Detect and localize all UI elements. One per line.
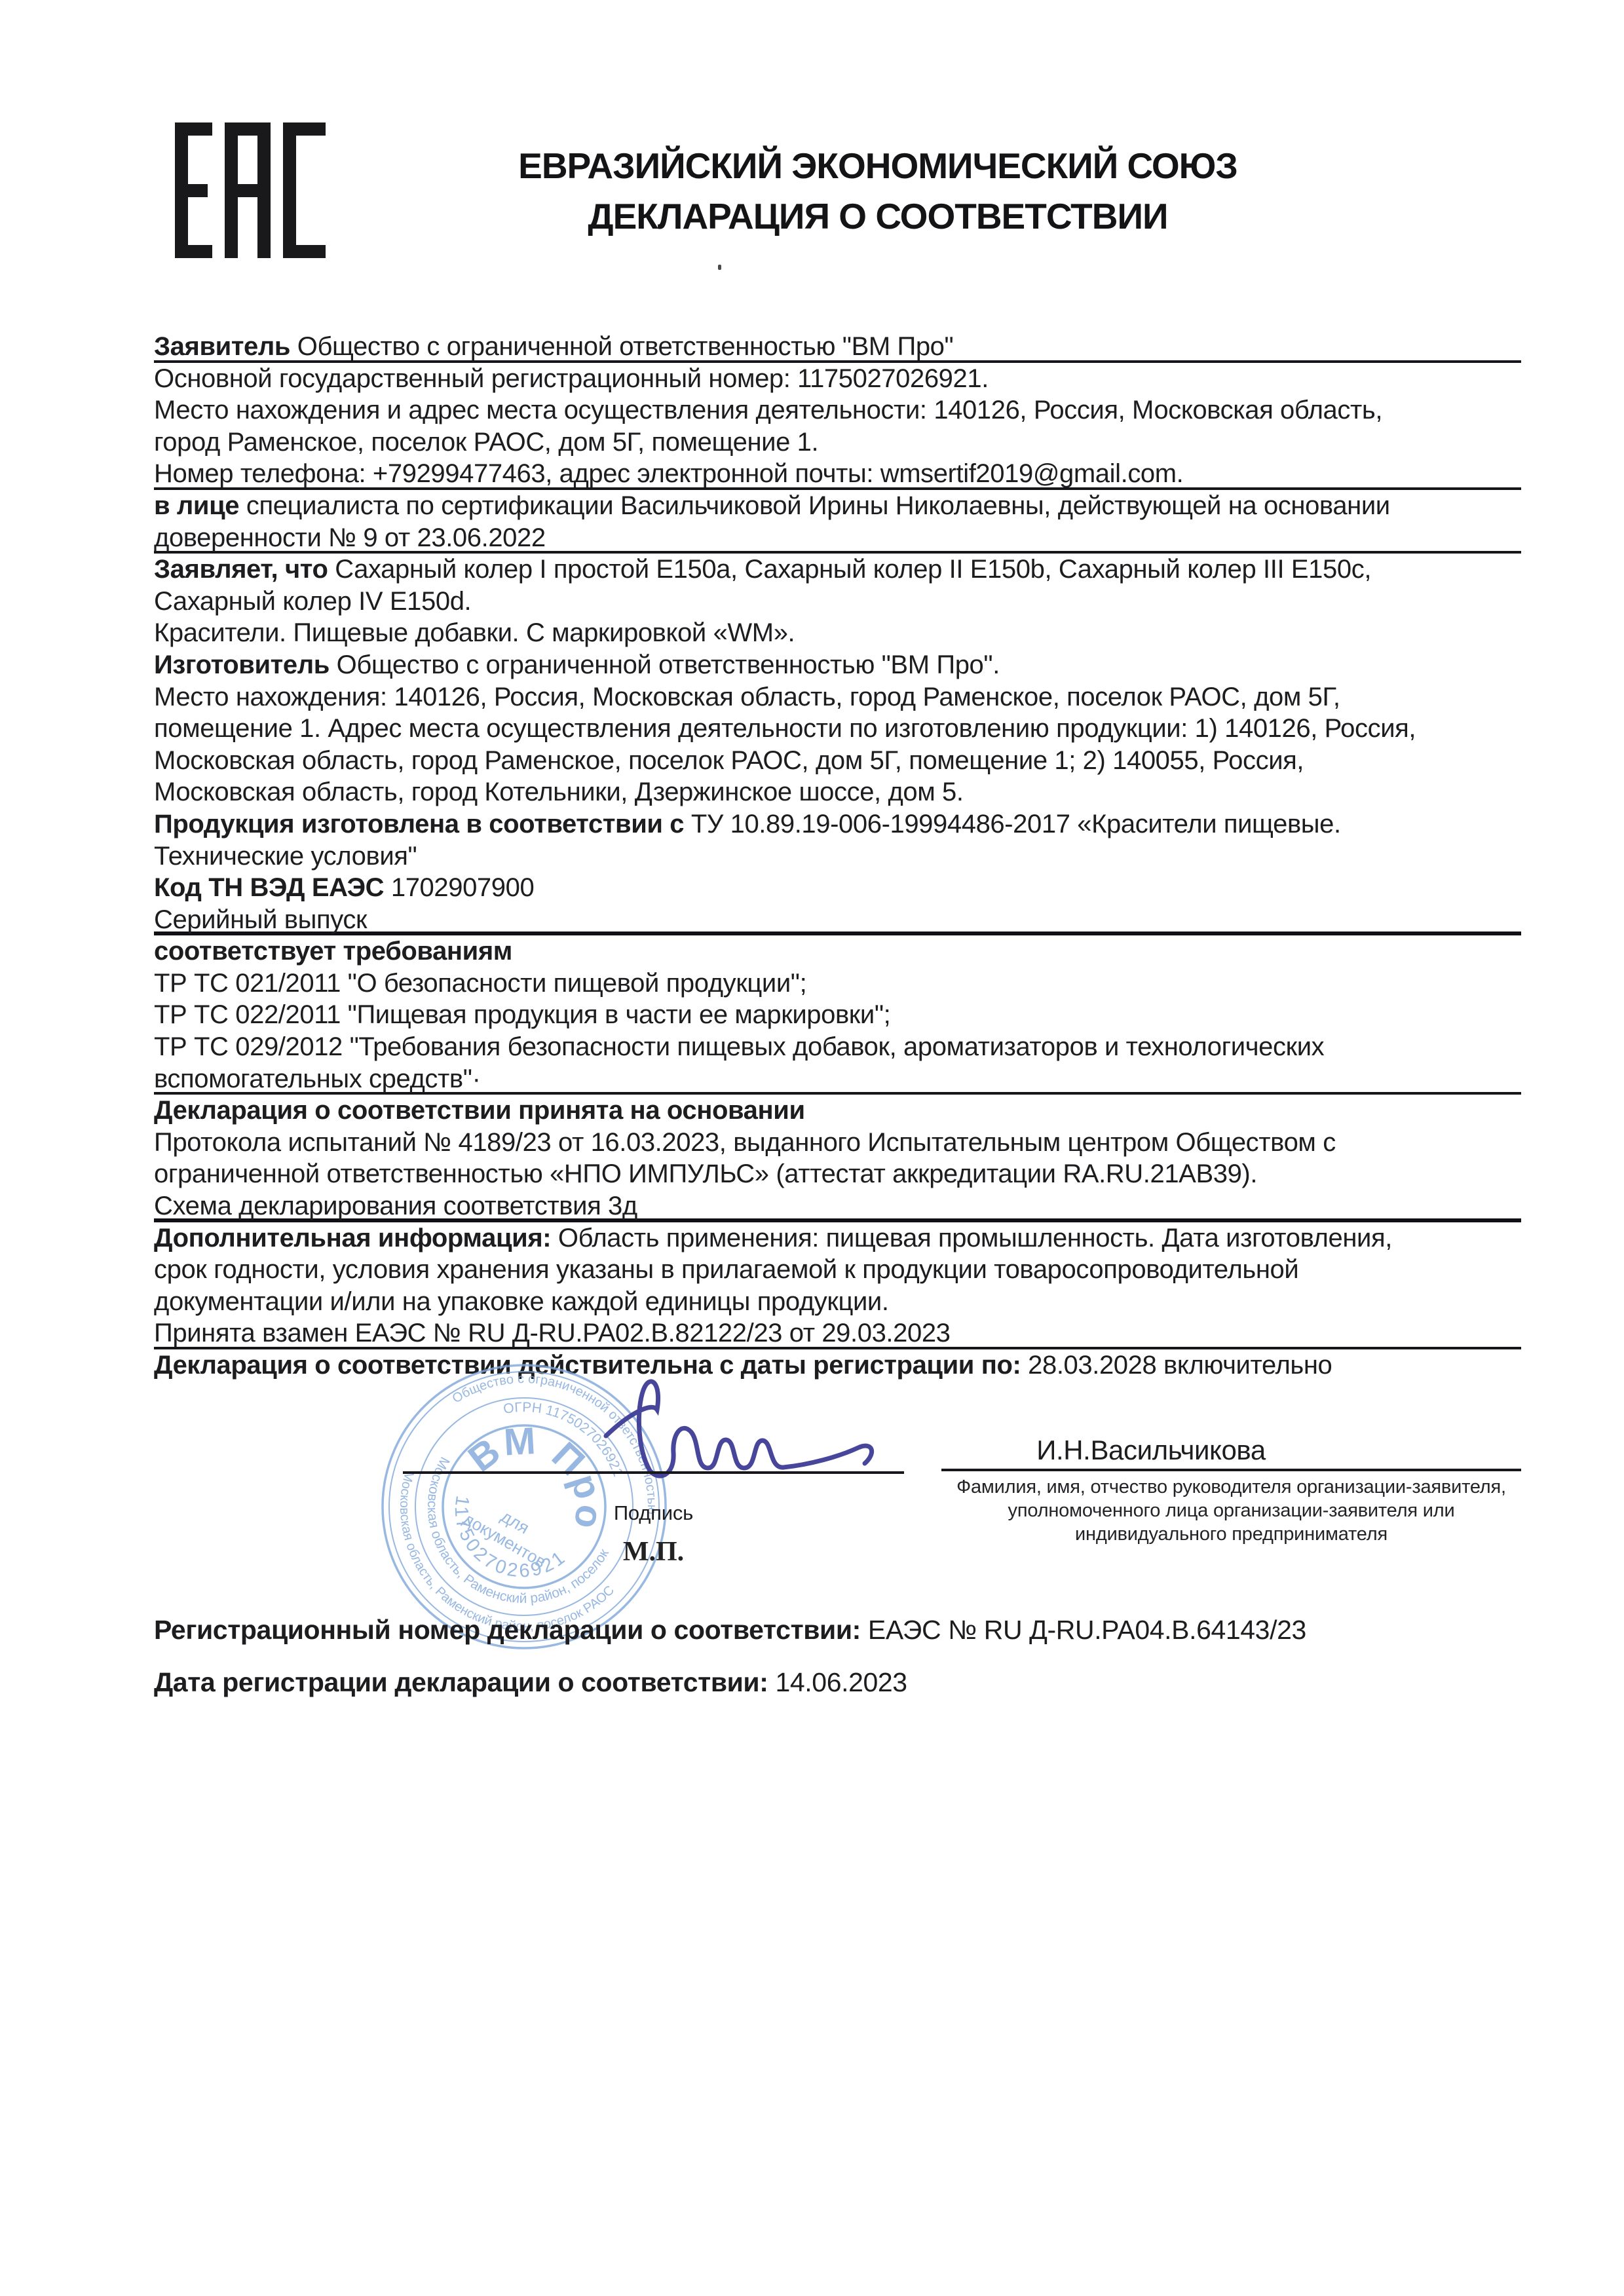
signatory-name: И.Н.Васильчикова: [941, 1435, 1361, 1466]
scan-dot-artifact: [718, 265, 721, 270]
text-line: Основной государственный регистрационный…: [154, 363, 1521, 395]
text-line: документации и/или на упаковке каждой ед…: [154, 1286, 1521, 1318]
line-text: Общество с ограниченной ответственностью…: [290, 332, 953, 361]
bold-label: Заявитель: [154, 332, 290, 361]
text-line: город Раменское, поселок РАОС, дом 5Г, п…: [154, 426, 1521, 459]
text-line: Принята взамен ЕАЭС № RU Д-RU.РА02.В.821…: [154, 1317, 1521, 1349]
line-text: помещение 1. Адрес места осуществления д…: [154, 714, 1416, 743]
declaration-document: ЕВРАЗИЙСКИЙ ЭКОНОМИЧЕСКИЙ СОЮЗ ДЕКЛАРАЦИ…: [0, 0, 1624, 2296]
text-line: Схема декларирования соответствия 3д: [154, 1190, 1521, 1222]
line-text: Место нахождения: 140126, Россия, Москов…: [154, 683, 1340, 711]
title-line-1: ЕВРАЗИЙСКИЙ ЭКОНОМИЧЕСКИЙ СОЮЗ: [367, 141, 1389, 191]
document-title: ЕВРАЗИЙСКИЙ ЭКОНОМИЧЕСКИЙ СОЮЗ ДЕКЛАРАЦИ…: [367, 141, 1389, 242]
bold-label: в лице: [154, 491, 239, 520]
line-text: Схема декларирования соответствия 3д: [154, 1192, 637, 1220]
line-text: Сахарный колер IV E150d.: [154, 587, 471, 616]
title-line-2: ДЕКЛАРАЦИЯ О СООТВЕТСТВИИ: [367, 191, 1389, 242]
text-line: ТР ТС 022/2011 "Пищевая продукция в част…: [154, 999, 1521, 1031]
text-line: срок годности, условия хранения указаны …: [154, 1254, 1521, 1286]
line-text: ТР ТС 021/2011 "О безопасности пищевой п…: [154, 969, 806, 998]
signature-line: [403, 1471, 904, 1474]
line-text: срок годности, условия хранения указаны …: [154, 1255, 1298, 1284]
text-line: соответствует требованиям: [154, 935, 1521, 968]
handwritten-signature: [576, 1363, 917, 1494]
text-line: Место нахождения и адрес места осуществл…: [154, 394, 1521, 426]
text-line: Красители. Пищевые добавки. С маркировко…: [154, 617, 1521, 649]
bold-label: Декларация о соответствии принята на осн…: [154, 1096, 805, 1125]
line-text: 28.03.2028 включительно: [1021, 1351, 1332, 1380]
text-line: Технические условия": [154, 840, 1521, 873]
name-caption: Фамилия, имя, отчество руководителя орга…: [941, 1475, 1521, 1546]
text-line: Сахарный колер IV E150d.: [154, 586, 1521, 618]
caption-line-2: уполномоченного лица организации-заявите…: [941, 1499, 1521, 1522]
document-body: Заявитель Общество с ограниченной ответс…: [154, 331, 1521, 1382]
line-text: Красители. Пищевые добавки. С маркировко…: [154, 618, 795, 647]
text-line: Декларация о соответствии принята на осн…: [154, 1095, 1521, 1127]
line-text: доверенности № 9 от 23.06.2022: [154, 523, 546, 552]
text-line: ограниченной ответственностью «НПО ИМПУЛ…: [154, 1158, 1521, 1190]
bold-label: Заявляет, что: [154, 555, 328, 584]
bold-label: Изготовитель: [154, 650, 330, 679]
seal-place-label: М.П.: [403, 1536, 904, 1568]
text-line: Номер телефона: +79299477463, адрес элек…: [154, 458, 1521, 490]
line-text: Московская область, город Раменское, пос…: [154, 746, 1304, 775]
line-text: Место нахождения и адрес места осуществл…: [154, 396, 1382, 424]
text-line: вспомогательных средств"·: [154, 1063, 1521, 1095]
text-line: Дата регистрации декларации о соответств…: [154, 1665, 1521, 1718]
text-line: Продукция изготовлена в соответствии с Т…: [154, 808, 1521, 840]
eac-logo-icon: [175, 122, 326, 258]
registration-info: Регистрационный номер декларации о соотв…: [154, 1613, 1521, 1718]
text-line: Регистрационный номер декларации о соотв…: [154, 1613, 1521, 1665]
bold-label: Дополнительная информация:: [154, 1224, 551, 1252]
bold-label: соответствует требованиям: [154, 937, 512, 966]
line-text: ТР ТС 029/2012 "Требования безопасности …: [154, 1032, 1324, 1061]
text-line: Заявляет, что Сахарный колер I простой E…: [154, 554, 1521, 586]
text-line: в лице специалиста по сертификации Васил…: [154, 490, 1521, 522]
line-text: ТУ 10.89.19-006-19994486-2017 «Красители…: [684, 810, 1341, 838]
line-text: Протокола испытаний № 4189/23 от 16.03.2…: [154, 1128, 1336, 1157]
line-text: документации и/или на упаковке каждой ед…: [154, 1287, 889, 1316]
text-line: Изготовитель Общество с ограниченной отв…: [154, 649, 1521, 681]
line-text: Основной государственный регистрационный…: [154, 364, 989, 393]
line-text: ограниченной ответственностью «НПО ИМПУЛ…: [154, 1159, 1257, 1188]
text-line: Место нахождения: 140126, Россия, Москов…: [154, 681, 1521, 713]
signature-label: Подпись: [403, 1501, 904, 1525]
line-text: Общество с ограниченной ответственностью…: [330, 650, 1000, 679]
text-line: Московская область, город Котельники, Дз…: [154, 776, 1521, 808]
bold-label: Дата регистрации декларации о соответств…: [154, 1667, 768, 1697]
text-line: доверенности № 9 от 23.06.2022: [154, 522, 1521, 554]
text-line: Протокола испытаний № 4189/23 от 16.03.2…: [154, 1127, 1521, 1159]
line-text: Технические условия": [154, 842, 417, 871]
line-text: 1702907900: [384, 873, 534, 902]
line-text: ЕАЭС № RU Д-RU.РА04.В.64143/23: [861, 1615, 1306, 1645]
bold-label: Регистрационный номер декларации о соотв…: [154, 1615, 861, 1645]
line-text: ТР ТС 022/2011 "Пищевая продукция в част…: [154, 1000, 890, 1029]
text-line: ТР ТС 029/2012 "Требования безопасности …: [154, 1031, 1521, 1063]
name-line: [941, 1469, 1521, 1471]
line-text: Московская область, город Котельники, Дз…: [154, 778, 964, 806]
bold-label: Продукция изготовлена в соответствии с: [154, 810, 684, 838]
line-text: Область применения: пищевая промышленнос…: [551, 1224, 1392, 1252]
line-text: Серийный выпуск: [154, 905, 367, 934]
caption-line-3: индивидуального предпринимателя: [941, 1522, 1521, 1546]
line-text: специалиста по сертификации Васильчиково…: [239, 491, 1390, 520]
text-line: ТР ТС 021/2011 "О безопасности пищевой п…: [154, 968, 1521, 1000]
text-line: помещение 1. Адрес места осуществления д…: [154, 713, 1521, 745]
line-text: 14.06.2023: [768, 1667, 907, 1697]
text-line: Дополнительная информация: Область приме…: [154, 1222, 1521, 1254]
line-text: город Раменское, поселок РАОС, дом 5Г, п…: [154, 428, 818, 457]
line-text: Принята взамен ЕАЭС № RU Д-RU.РА02.В.821…: [154, 1319, 951, 1347]
text-line: Код ТН ВЭД ЕАЭС 1702907900: [154, 872, 1521, 904]
text-line: Заявитель Общество с ограниченной ответс…: [154, 331, 1521, 363]
line-text: Сахарный колер I простой E150a, Сахарный…: [328, 555, 1372, 584]
text-line: Московская область, город Раменское, пос…: [154, 745, 1521, 777]
bold-label: Код ТН ВЭД ЕАЭС: [154, 873, 384, 902]
text-line: Серийный выпуск: [154, 904, 1521, 936]
line-text: Номер телефона: +79299477463, адрес элек…: [154, 459, 1183, 488]
caption-line-1: Фамилия, имя, отчество руководителя орга…: [941, 1475, 1521, 1499]
line-text: вспомогательных средств"·: [154, 1064, 481, 1093]
